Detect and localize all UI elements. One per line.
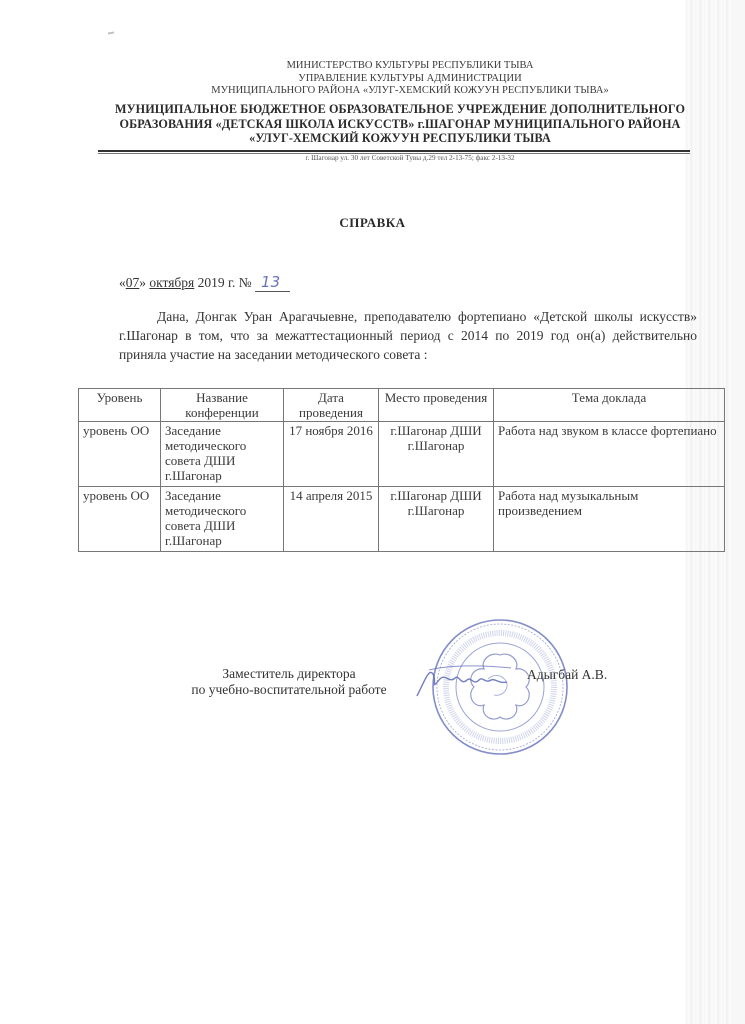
quote-close: »	[139, 275, 146, 290]
signatory-position: Заместитель директора по учебно-воспитат…	[160, 666, 418, 698]
cell-conference: Заседание методического совета ДШИ г.Шаг…	[161, 422, 284, 487]
document-date-line: «07» октября 2019 г. № 13	[119, 273, 290, 292]
institution-address: г. Шагонар ул. 30 лет Советской Тувы д.2…	[240, 154, 580, 162]
cell-date: 17 ноября 2016	[284, 422, 379, 487]
cell-place: г.Шагонар ДШИ г.Шагонар	[379, 422, 494, 487]
column-header-topic: Тема доклада	[494, 389, 725, 422]
document-title: СПРАВКА	[0, 215, 745, 231]
cell-conference: Заседание методического совета ДШИ г.Шаг…	[161, 487, 284, 552]
ministry-line: МУНИЦИПАЛЬНОГО РАЙОНА «УЛУГ-ХЕМСКИЙ КОЖУ…	[120, 85, 700, 98]
position-line: Заместитель директора	[160, 666, 418, 682]
table-header-row: Уровень Название конференции Дата провед…	[79, 389, 725, 422]
date-day: 07	[126, 275, 140, 290]
table-row: уровень ОО Заседание методического совет…	[79, 422, 725, 487]
quote-open: «	[119, 275, 126, 290]
ministry-line: МИНИСТЕРСТВО КУЛЬТУРЫ РЕСПУБЛИКИ ТЫВА	[120, 60, 700, 73]
institution-line: «УЛУГ-ХЕМСКИЙ КОЖУУН РЕСПУБЛИКИ ТЫВА	[95, 131, 705, 146]
column-header-place: Место проведения	[379, 389, 494, 422]
document-number-handwritten: 13	[255, 273, 290, 292]
institution-header: МУНИЦИПАЛЬНОЕ БЮДЖЕТНОЕ ОБРАЗОВАТЕЛЬНОЕ …	[95, 102, 705, 146]
header-divider	[98, 150, 690, 152]
cell-place: г.Шагонар ДШИ г.Шагонар	[379, 487, 494, 552]
certificate-paragraph: Дана, Донгак Уран Арагачыевне, преподава…	[119, 309, 697, 362]
date-month: октября	[149, 275, 194, 290]
handwritten-signature-icon	[415, 660, 525, 700]
ministry-line: УПРАВЛЕНИЕ КУЛЬТУРЫ АДМИНИСТРАЦИИ	[120, 73, 700, 86]
cell-topic: Работа над музыкальным произведением	[494, 487, 725, 552]
scan-mark	[108, 31, 114, 34]
date-year: 2019 г. №	[198, 275, 252, 290]
table-row: уровень ОО Заседание методического совет…	[79, 487, 725, 552]
column-header-conference: Название конференции	[161, 389, 284, 422]
scanned-page: МИНИСТЕРСТВО КУЛЬТУРЫ РЕСПУБЛИКИ ТЫВА УП…	[0, 0, 745, 1024]
cell-topic: Работа над звуком в классе фортепиано	[494, 422, 725, 487]
column-header-level: Уровень	[79, 389, 161, 422]
institution-line: МУНИЦИПАЛЬНОЕ БЮДЖЕТНОЕ ОБРАЗОВАТЕЛЬНОЕ …	[95, 102, 705, 117]
activities-table: Уровень Название конференции Дата провед…	[78, 388, 725, 552]
position-line: по учебно-воспитательной работе	[160, 682, 418, 698]
cell-level: уровень ОО	[79, 487, 161, 552]
cell-level: уровень ОО	[79, 422, 161, 487]
cell-date: 14 апреля 2015	[284, 487, 379, 552]
institution-line: ОБРАЗОВАНИЯ «ДЕТСКАЯ ШКОЛА ИСКУССТВ» г.Ш…	[95, 117, 705, 132]
column-header-date: Дата проведения	[284, 389, 379, 422]
ministry-header: МИНИСТЕРСТВО КУЛЬТУРЫ РЕСПУБЛИКИ ТЫВА УП…	[120, 60, 700, 98]
scan-edge-border	[731, 0, 745, 1024]
signatory-name: Адыгбай А.В.	[527, 667, 607, 683]
certificate-body: Дана, Донгак Уран Арагачыевне, преподава…	[119, 307, 697, 364]
